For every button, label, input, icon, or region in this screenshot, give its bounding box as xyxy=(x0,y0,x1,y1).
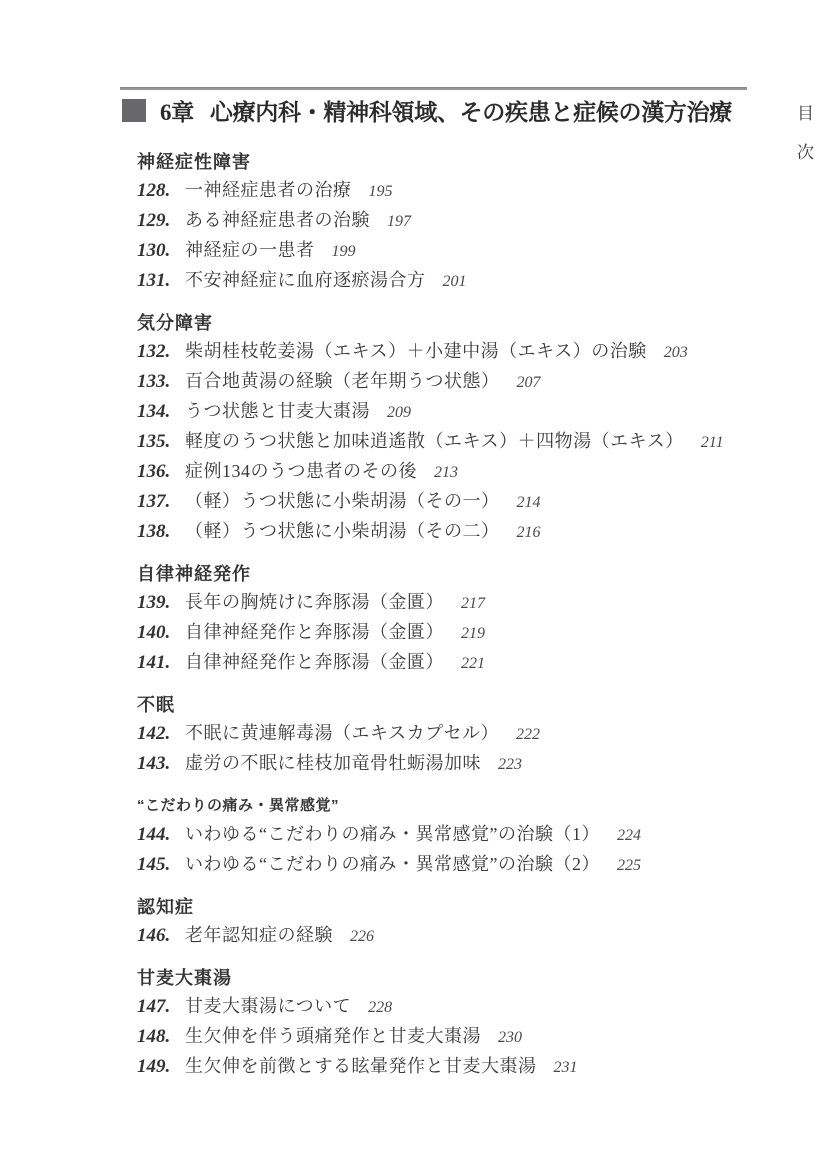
toc-entry: 141.自律神経発作と奔豚湯（金匱）221 xyxy=(137,648,797,678)
section-heading: 甘麦大棗湯 xyxy=(137,964,797,992)
entry-page-number: 207 xyxy=(517,369,541,397)
toc-section: 甘麦大棗湯147.甘麦大棗湯について228148.生欠伸を伴う頭痛発作と甘麦大棗… xyxy=(137,964,797,1082)
entry-title: 自律神経発作と奔豚湯（金匱） xyxy=(185,618,444,646)
entry-title: 神経症の一患者 xyxy=(185,236,315,264)
toc-section: 気分障害132.柴胡桂枝乾姜湯（エキス）＋小建中湯（エキス）の治験203133.… xyxy=(137,309,797,547)
toc-entry: 138.（軽）うつ状態に小柴胡湯（その二）216 xyxy=(137,517,797,547)
entry-page-number: 195 xyxy=(369,178,393,206)
entry-number: 138. xyxy=(137,518,185,546)
entry-title: 生欠伸を伴う頭痛発作と甘麦大棗湯 xyxy=(185,1022,481,1050)
entry-number: 135. xyxy=(137,428,185,456)
toc-entry: 142.不眠に黄連解毒湯（エキスカプセル）222 xyxy=(137,719,797,749)
toc-entry: 140.自律神経発作と奔豚湯（金匱）219 xyxy=(137,618,797,648)
entry-number: 149. xyxy=(137,1053,185,1081)
toc-entry: 149.生欠伸を前徴とする眩暈発作と甘麦大棗湯231 xyxy=(137,1052,797,1082)
toc-section: “こだわりの痛み・異常感覚”144.いわゆる“こだわりの痛み・異常感覚”の治験（… xyxy=(137,792,797,880)
entry-title: いわゆる“こだわりの痛み・異常感覚”の治験（2） xyxy=(185,850,600,878)
toc-section: 神経症性障害128.一神経症患者の治療195129.ある神経症患者の治験1971… xyxy=(137,148,797,296)
entry-page-number: 219 xyxy=(461,620,485,648)
entry-number: 129. xyxy=(137,207,185,235)
toc-section: 認知症146.老年認知症の経験226 xyxy=(137,893,797,951)
toc-entry: 147.甘麦大棗湯について228 xyxy=(137,992,797,1022)
header-rule xyxy=(120,87,747,90)
entry-number: 128. xyxy=(137,177,185,205)
toc-entry: 128.一神経症患者の治療195 xyxy=(137,176,797,206)
section-heading: 気分障害 xyxy=(137,309,797,337)
section-heading: 自律神経発作 xyxy=(137,560,797,588)
entry-number: 132. xyxy=(137,338,185,366)
toc-entry: 135.軽度のうつ状態と加味逍遙散（エキス）＋四物湯（エキス）211 xyxy=(137,427,797,457)
entry-number: 145. xyxy=(137,851,185,879)
toc-entry: 137.（軽）うつ状態に小柴胡湯（その一）214 xyxy=(137,487,797,517)
toc-page: 6章 心療内科・精神科領域、その疾患と症候の漢方治療 目 次 神経症性障害128… xyxy=(0,0,830,1160)
entry-title: 一神経症患者の治療 xyxy=(185,176,352,204)
entry-number: 144. xyxy=(137,821,185,849)
entry-number: 141. xyxy=(137,649,185,677)
toc-section: 自律神経発作139.長年の胸焼けに奔豚湯（金匱）217140.自律神経発作と奔豚… xyxy=(137,560,797,678)
entry-page-number: 228 xyxy=(368,994,392,1022)
entry-title: 不眠に黄連解毒湯（エキスカプセル） xyxy=(185,719,499,747)
entry-number: 137. xyxy=(137,488,185,516)
entry-number: 143. xyxy=(137,750,185,778)
entry-page-number: 226 xyxy=(350,923,374,951)
toc-entry: 145.いわゆる“こだわりの痛み・異常感覚”の治験（2）225 xyxy=(137,850,797,880)
entry-page-number: 197 xyxy=(387,208,411,236)
entry-title: （軽）うつ状態に小柴胡湯（その二） xyxy=(185,517,500,545)
entry-title: いわゆる“こだわりの痛み・異常感覚”の治験（1） xyxy=(185,820,600,848)
entry-page-number: 223 xyxy=(498,751,522,779)
entry-page-number: 216 xyxy=(517,519,541,547)
entry-title: ある神経症患者の治験 xyxy=(185,206,370,234)
toc-entry: 146.老年認知症の経験226 xyxy=(137,921,797,951)
entry-title: 不安神経症に血府逐瘀湯合方 xyxy=(185,266,426,294)
entry-number: 131. xyxy=(137,267,185,295)
section-heading: 不眠 xyxy=(137,691,797,719)
entry-page-number: 214 xyxy=(517,489,541,517)
entry-number: 148. xyxy=(137,1023,185,1051)
entry-title: 自律神経発作と奔豚湯（金匱） xyxy=(185,648,444,676)
chapter-number: 6章 xyxy=(160,94,194,127)
entry-title: （軽）うつ状態に小柴胡湯（その一） xyxy=(185,487,500,515)
entry-page-number: 221 xyxy=(461,650,485,678)
entry-number: 130. xyxy=(137,237,185,265)
entry-number: 134. xyxy=(137,398,185,426)
toc-entry: 130.神経症の一患者199 xyxy=(137,236,797,266)
section-heading: “こだわりの痛み・異常感覚” xyxy=(137,792,797,820)
entry-page-number: 230 xyxy=(498,1024,522,1052)
entry-title: 長年の胸焼けに奔豚湯（金匱） xyxy=(185,588,444,616)
entry-title: 百合地黄湯の経験（老年期うつ状態） xyxy=(185,367,500,395)
entry-title: 柴胡桂枝乾姜湯（エキス）＋小建中湯（エキス）の治験 xyxy=(185,337,647,365)
toc-entry: 132.柴胡桂枝乾姜湯（エキス）＋小建中湯（エキス）の治験203 xyxy=(137,337,797,367)
toc-section: 不眠142.不眠に黄連解毒湯（エキスカプセル）222143.虚労の不眠に桂枝加竜… xyxy=(137,691,797,779)
toc-entry: 136.症例134のうつ患者のその後213 xyxy=(137,457,797,487)
toc-entry: 148.生欠伸を伴う頭痛発作と甘麦大棗湯230 xyxy=(137,1022,797,1052)
entry-page-number: 201 xyxy=(443,268,467,296)
entry-number: 146. xyxy=(137,922,185,950)
toc-entry: 139.長年の胸焼けに奔豚湯（金匱）217 xyxy=(137,588,797,618)
entry-number: 147. xyxy=(137,993,185,1021)
entry-page-number: 211 xyxy=(701,429,724,457)
toc-label-char-1: 目 xyxy=(797,105,814,122)
toc-entry: 129.ある神経症患者の治験197 xyxy=(137,206,797,236)
entry-page-number: 222 xyxy=(516,721,540,749)
toc-entry: 143.虚労の不眠に桂枝加竜骨牡蛎湯加味223 xyxy=(137,749,797,779)
entry-number: 142. xyxy=(137,720,185,748)
entry-page-number: 231 xyxy=(554,1054,578,1082)
toc-sections: 神経症性障害128.一神経症患者の治療195129.ある神経症患者の治験1971… xyxy=(137,148,797,1082)
toc-entry: 133.百合地黄湯の経験（老年期うつ状態）207 xyxy=(137,367,797,397)
entry-number: 140. xyxy=(137,619,185,647)
toc-entry: 144.いわゆる“こだわりの痛み・異常感覚”の治験（1）224 xyxy=(137,820,797,850)
entry-page-number: 199 xyxy=(332,238,356,266)
entry-title: 軽度のうつ状態と加味逍遙散（エキス）＋四物湯（エキス） xyxy=(185,427,684,455)
entry-title: 老年認知症の経験 xyxy=(185,921,333,949)
toc-label-char-2: 次 xyxy=(797,144,814,161)
entry-page-number: 209 xyxy=(387,399,411,427)
entry-title: 虚労の不眠に桂枝加竜骨牡蛎湯加味 xyxy=(185,749,481,777)
entry-title: 甘麦大棗湯について xyxy=(185,992,351,1020)
entry-number: 139. xyxy=(137,589,185,617)
entry-number: 136. xyxy=(137,458,185,486)
entry-title: 症例134のうつ患者のその後 xyxy=(185,457,417,485)
entry-page-number: 224 xyxy=(617,822,641,850)
toc-entry: 134.うつ状態と甘麦大棗湯209 xyxy=(137,397,797,427)
chapter-title: 心療内科・精神科領域、その疾患と症候の漢方治療 xyxy=(210,94,732,127)
entry-page-number: 203 xyxy=(664,339,688,367)
entry-page-number: 217 xyxy=(461,590,485,618)
section-heading: 認知症 xyxy=(137,893,797,921)
entry-title: 生欠伸を前徴とする眩暈発作と甘麦大棗湯 xyxy=(185,1052,537,1080)
toc-entry: 131.不安神経症に血府逐瘀湯合方201 xyxy=(137,266,797,296)
chapter-header: 6章 心療内科・精神科領域、その疾患と症候の漢方治療 xyxy=(122,94,732,127)
entry-page-number: 225 xyxy=(617,852,641,880)
entry-title: うつ状態と甘麦大棗湯 xyxy=(185,397,370,425)
entry-number: 133. xyxy=(137,368,185,396)
toc-vertical-label: 目 次 xyxy=(797,105,814,161)
entry-page-number: 213 xyxy=(434,459,458,487)
chapter-bullet-square-icon xyxy=(122,99,146,122)
section-heading: 神経症性障害 xyxy=(137,148,797,176)
